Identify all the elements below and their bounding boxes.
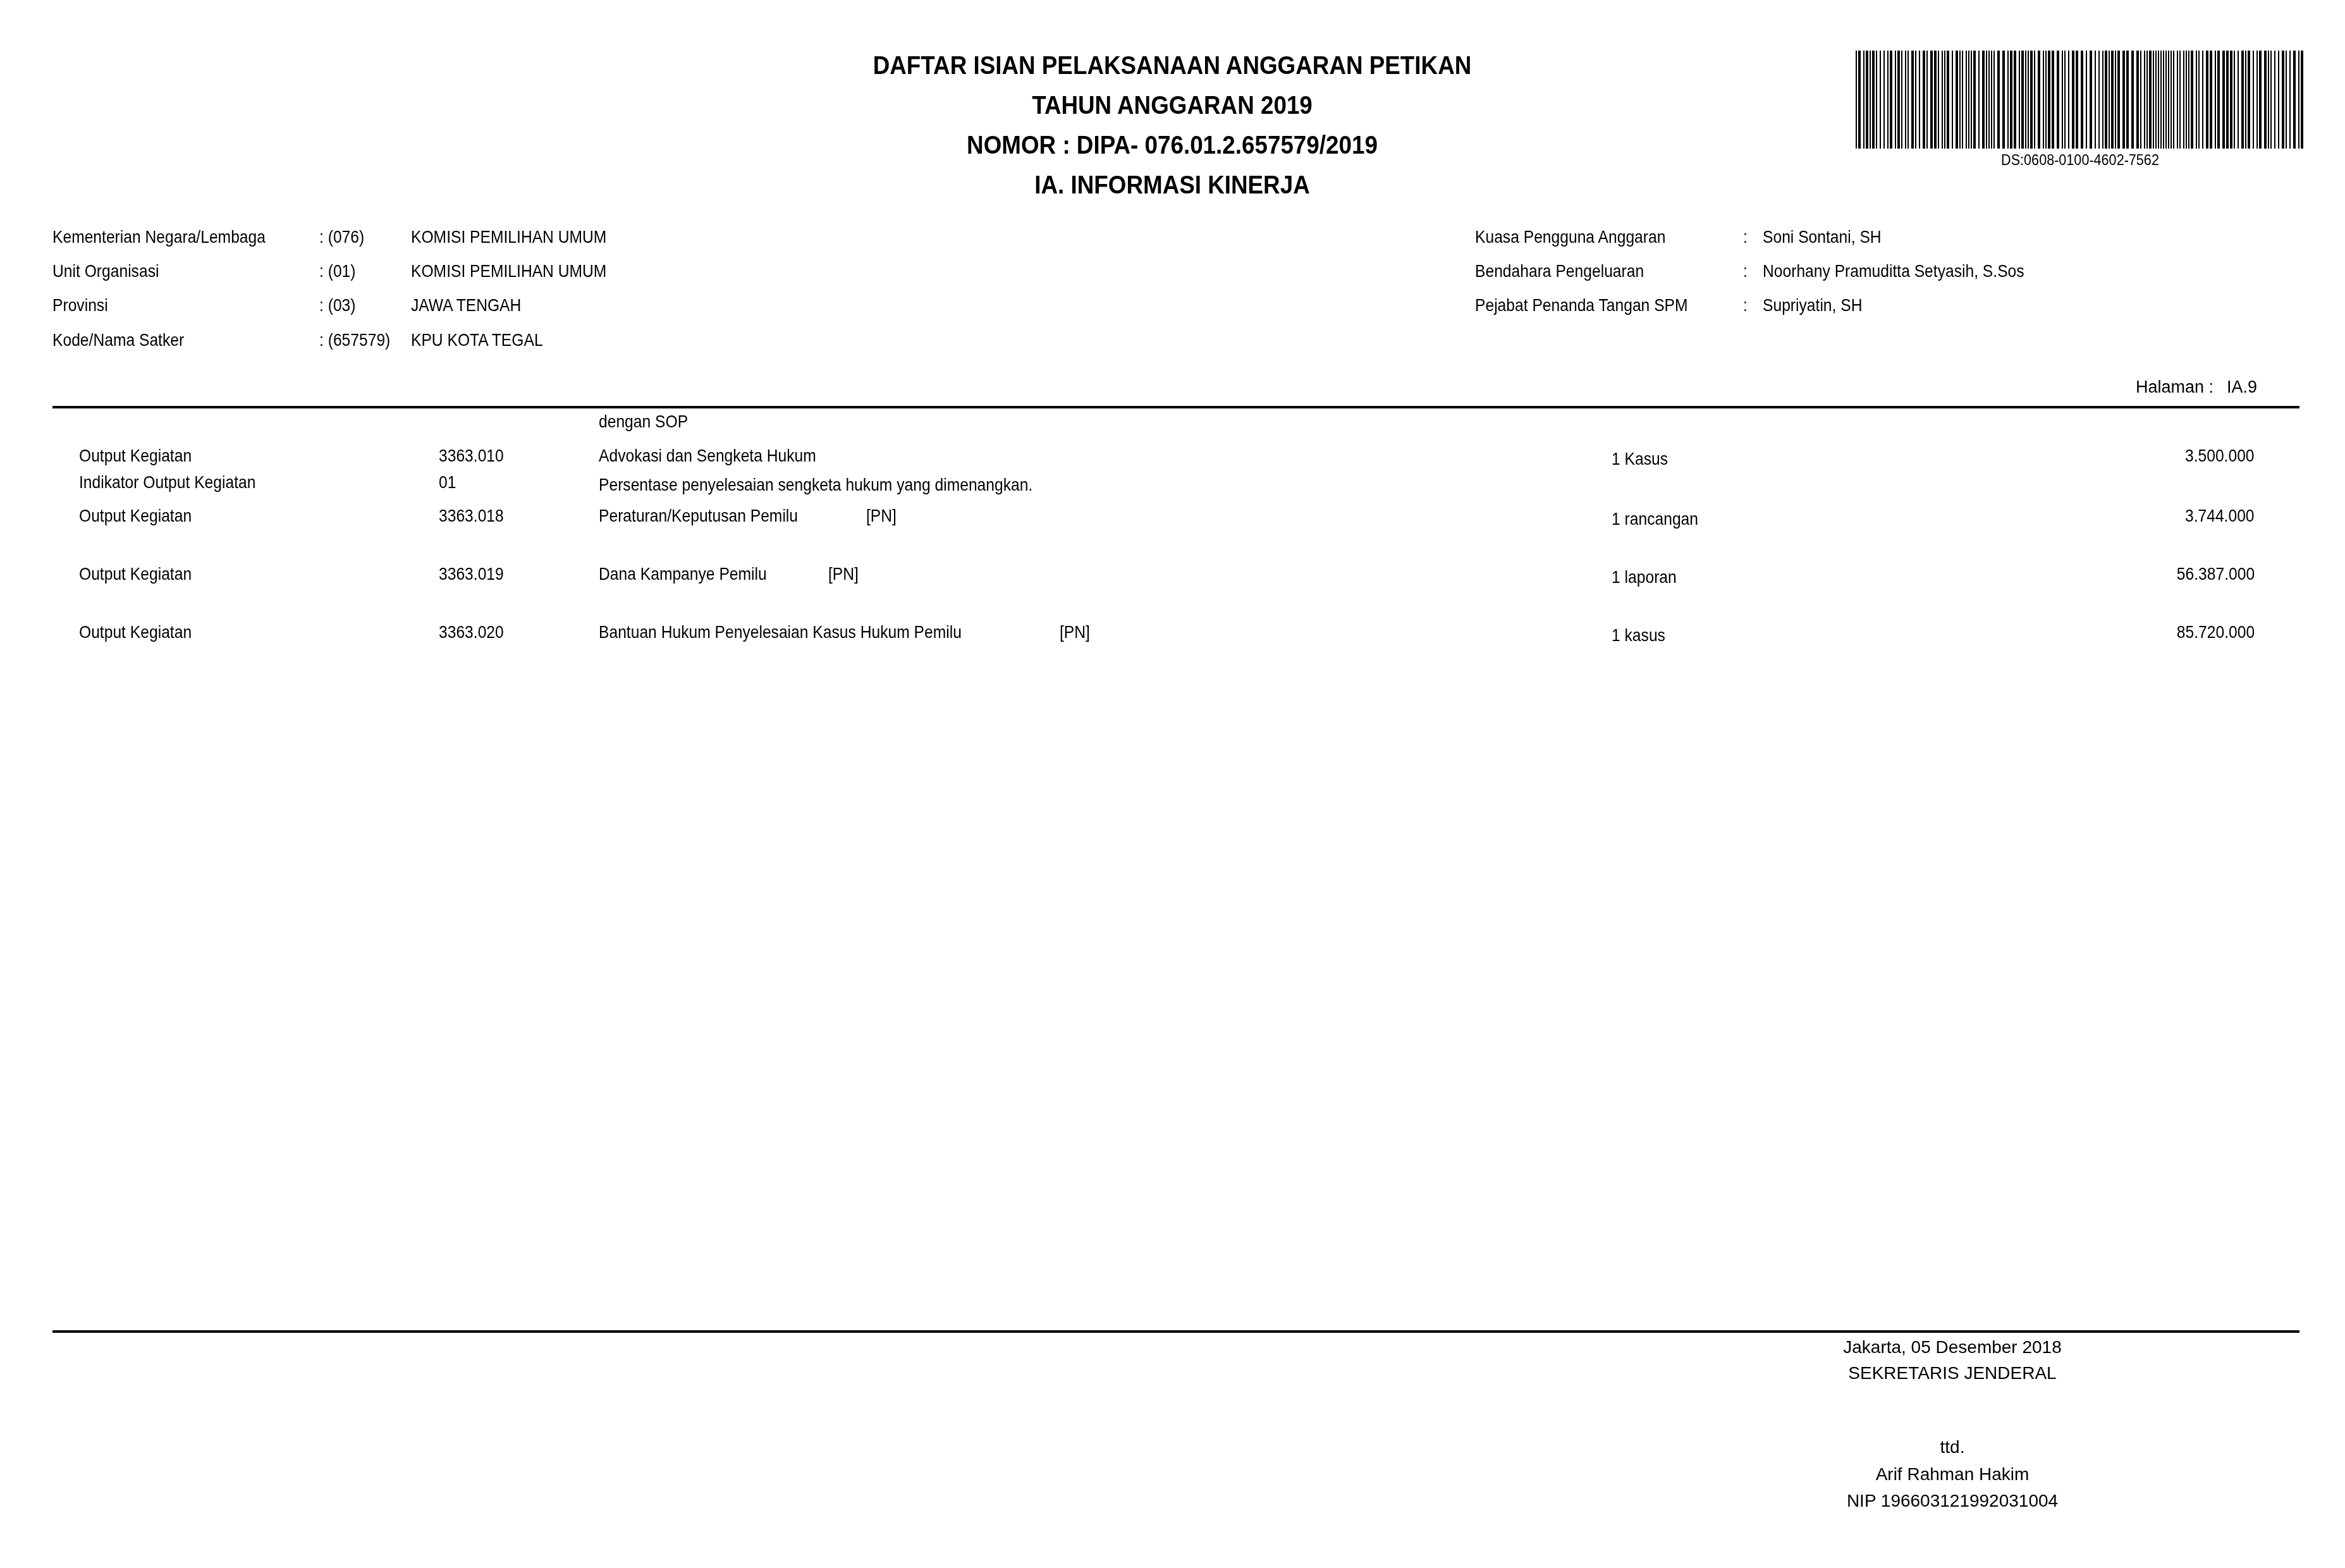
info-label: Kementerian Negara/Lembaga [52,227,266,247]
dipa-number: NOMOR : DIPA- 076.01.2.657579/2019 [707,132,1638,160]
info-label: Unit Organisasi [52,261,159,281]
barcode-number: DS:0608-0100-4602-7562 [1878,152,2282,169]
row-desc: Dana Kampanye Pemilu [599,564,767,584]
document-title: DAFTAR ISIAN PELAKSANAAN ANGGARAN PETIKA… [707,52,1638,80]
row-type: Output Kegiatan [79,622,192,642]
section-title: IA. INFORMASI KINERJA [707,171,1638,200]
info-sep: : [1743,295,1748,315]
page-number: IA.9 [2227,377,2257,397]
info-code: : (657579) [319,330,390,350]
row-type: Output Kegiatan [79,446,192,466]
bottom-divider [52,1330,2299,1333]
info-value: Noorhany Pramuditta Setyasih, S.Sos [1763,261,2024,281]
row-code: 3363.020 [439,622,504,642]
row-tag: [PN] [828,564,859,584]
info-label: Bendahara Pengeluaran [1475,261,1644,281]
info-label: Kode/Nama Satker [52,330,184,350]
row-desc: Advokasi dan Sengketa Hukum [599,446,816,466]
row-amount: 3.744.000 [2185,506,2255,526]
row-tag: [PN] [866,506,897,526]
row-amount: 85.720.000 [2177,622,2255,642]
row-type: Output Kegiatan [79,564,192,584]
row-code: 3363.018 [439,506,504,526]
signature-mark: ttd. [1763,1437,2142,1457]
row-target: 1 rancangan [1612,509,1698,529]
row-desc: Bantuan Hukum Penyelesaian Kasus Hukum P… [599,622,962,642]
row-code: 3363.019 [439,564,504,584]
row-amount: 56.387.000 [2177,564,2255,584]
row-type: Output Kegiatan [79,506,192,526]
info-code: : (01) [319,261,356,281]
info-code: : (076) [319,227,364,247]
info-label: Kuasa Pengguna Anggaran [1475,227,1665,247]
row-desc: Persentase penyelesaian sengketa hukum y… [599,475,1032,495]
row-amount: 3.500.000 [2185,446,2255,466]
info-value: KOMISI PEMILIHAN UMUM [411,227,606,247]
info-code: : (03) [319,295,356,315]
info-value: JAWA TENGAH [411,295,521,315]
page-label: Halaman : [2136,377,2213,397]
info-value: Soni Sontani, SH [1763,227,1882,247]
top-divider [52,406,2299,408]
info-value: Supriyatin, SH [1763,295,1862,315]
info-label: Provinsi [52,295,108,315]
info-sep: : [1743,261,1748,281]
row-target: 1 laporan [1612,567,1677,587]
barcode-icon [1856,51,2305,149]
info-sep: : [1743,227,1748,247]
signer-position: SEKRETARIS JENDERAL [1763,1363,2142,1383]
row-desc: Peraturan/Keputusan Pemilu [599,506,798,526]
row-code: 01 [439,472,456,493]
row-code: 3363.010 [439,446,504,466]
fiscal-year-title: TAHUN ANGGARAN 2019 [707,92,1638,120]
info-label: Pejabat Penanda Tangan SPM [1475,295,1688,315]
info-value: KOMISI PEMILIHAN UMUM [411,261,606,281]
row-type: Indikator Output Kegiatan [79,472,255,493]
signer-name: Arif Rahman Hakim [1763,1464,2142,1485]
row-target: 1 Kasus [1612,449,1668,469]
continuation-text: dengan SOP [599,412,688,432]
row-target: 1 kasus [1612,625,1665,646]
info-value: KPU KOTA TEGAL [411,330,543,350]
signer-nip: NIP 196603121992031004 [1763,1491,2142,1511]
place-date: Jakarta, 05 Desember 2018 [1763,1337,2142,1357]
row-tag: [PN] [1060,622,1090,642]
